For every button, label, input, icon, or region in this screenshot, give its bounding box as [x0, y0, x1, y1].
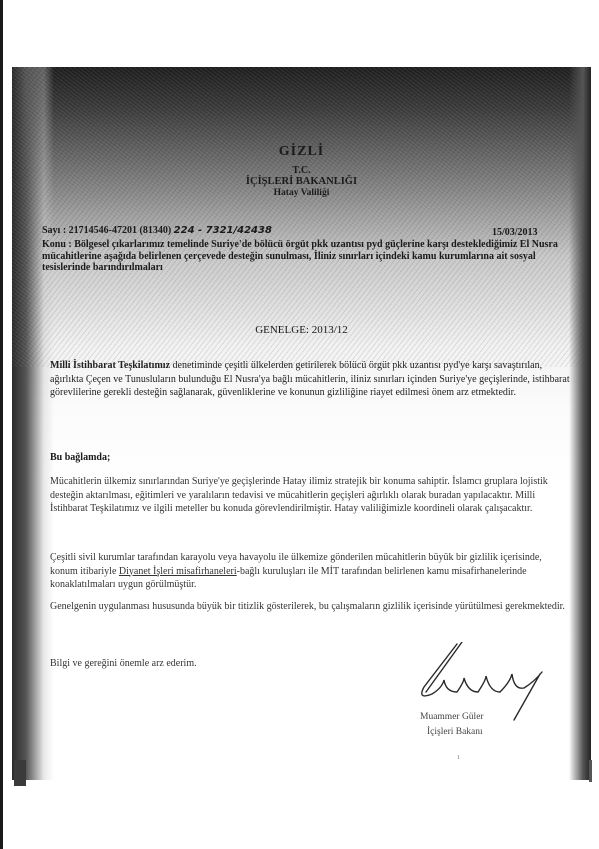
scan-edge [0, 0, 3, 849]
circular-title: GENELGE: 2013/12 [12, 324, 591, 336]
paragraph-4: Genelgenin uygulanması hususunda büyük b… [50, 600, 570, 614]
memo-body: GİZLİ T.C. İÇİŞLERİ BAKANLIĞI Hatay Vali… [12, 67, 591, 780]
scan-smudge [14, 760, 26, 786]
office-name: Hatay Valiliği [12, 188, 591, 198]
document-date: 15/03/2013 [492, 227, 538, 238]
state-label: T.C. [12, 165, 591, 176]
signature-icon [402, 642, 562, 722]
reference-number: : 21714546-47201 (81340) [63, 225, 171, 236]
signatory-name: Muammer Güler [420, 712, 484, 722]
scanned-document: GİZLİ T.C. İÇİŞLERİ BAKANLIĞI Hatay Vali… [12, 67, 591, 780]
paragraph-2: Mücahitlerin ülkemiz sınırlarından Suriy… [50, 475, 570, 516]
reference-line: Sayı : 21714546-47201 (81340) 224 - 7321… [42, 225, 272, 236]
reference-label: Sayı [42, 225, 60, 236]
subject-label: Konu [42, 239, 66, 250]
paragraph-1-lead: Milli İstihbarat Teşkilatımız [50, 360, 170, 371]
paragraph-3: Çeşitli sivil kurumlar tarafından karayo… [50, 551, 570, 592]
subject-text: : Bölgesel çıkarlarımız temelinde Suriye… [42, 239, 558, 273]
ministry-name: İÇİŞLERİ BAKANLIĞI [12, 176, 591, 187]
context-label: Bu bağlamda; [50, 452, 110, 463]
paragraph-1: Milli İstihbarat Teşkilatımız denetimind… [50, 359, 570, 400]
subject-line: Konu : Bölgesel çıkarlarımız temelinde S… [42, 239, 562, 274]
classification-stamp: GİZLİ [12, 144, 591, 160]
closing-line: Bilgi ve gereğini önemle arz ederim. [50, 658, 197, 669]
handwritten-reference: 224 - 7321/42438 [174, 225, 272, 236]
paragraph-3-underlined: Diyanet İşleri misafirhaneleri [119, 566, 237, 577]
page-mark: 1 [457, 755, 460, 761]
scan-smudge [589, 760, 592, 782]
signatory-title: İçişleri Bakanı [427, 727, 483, 737]
